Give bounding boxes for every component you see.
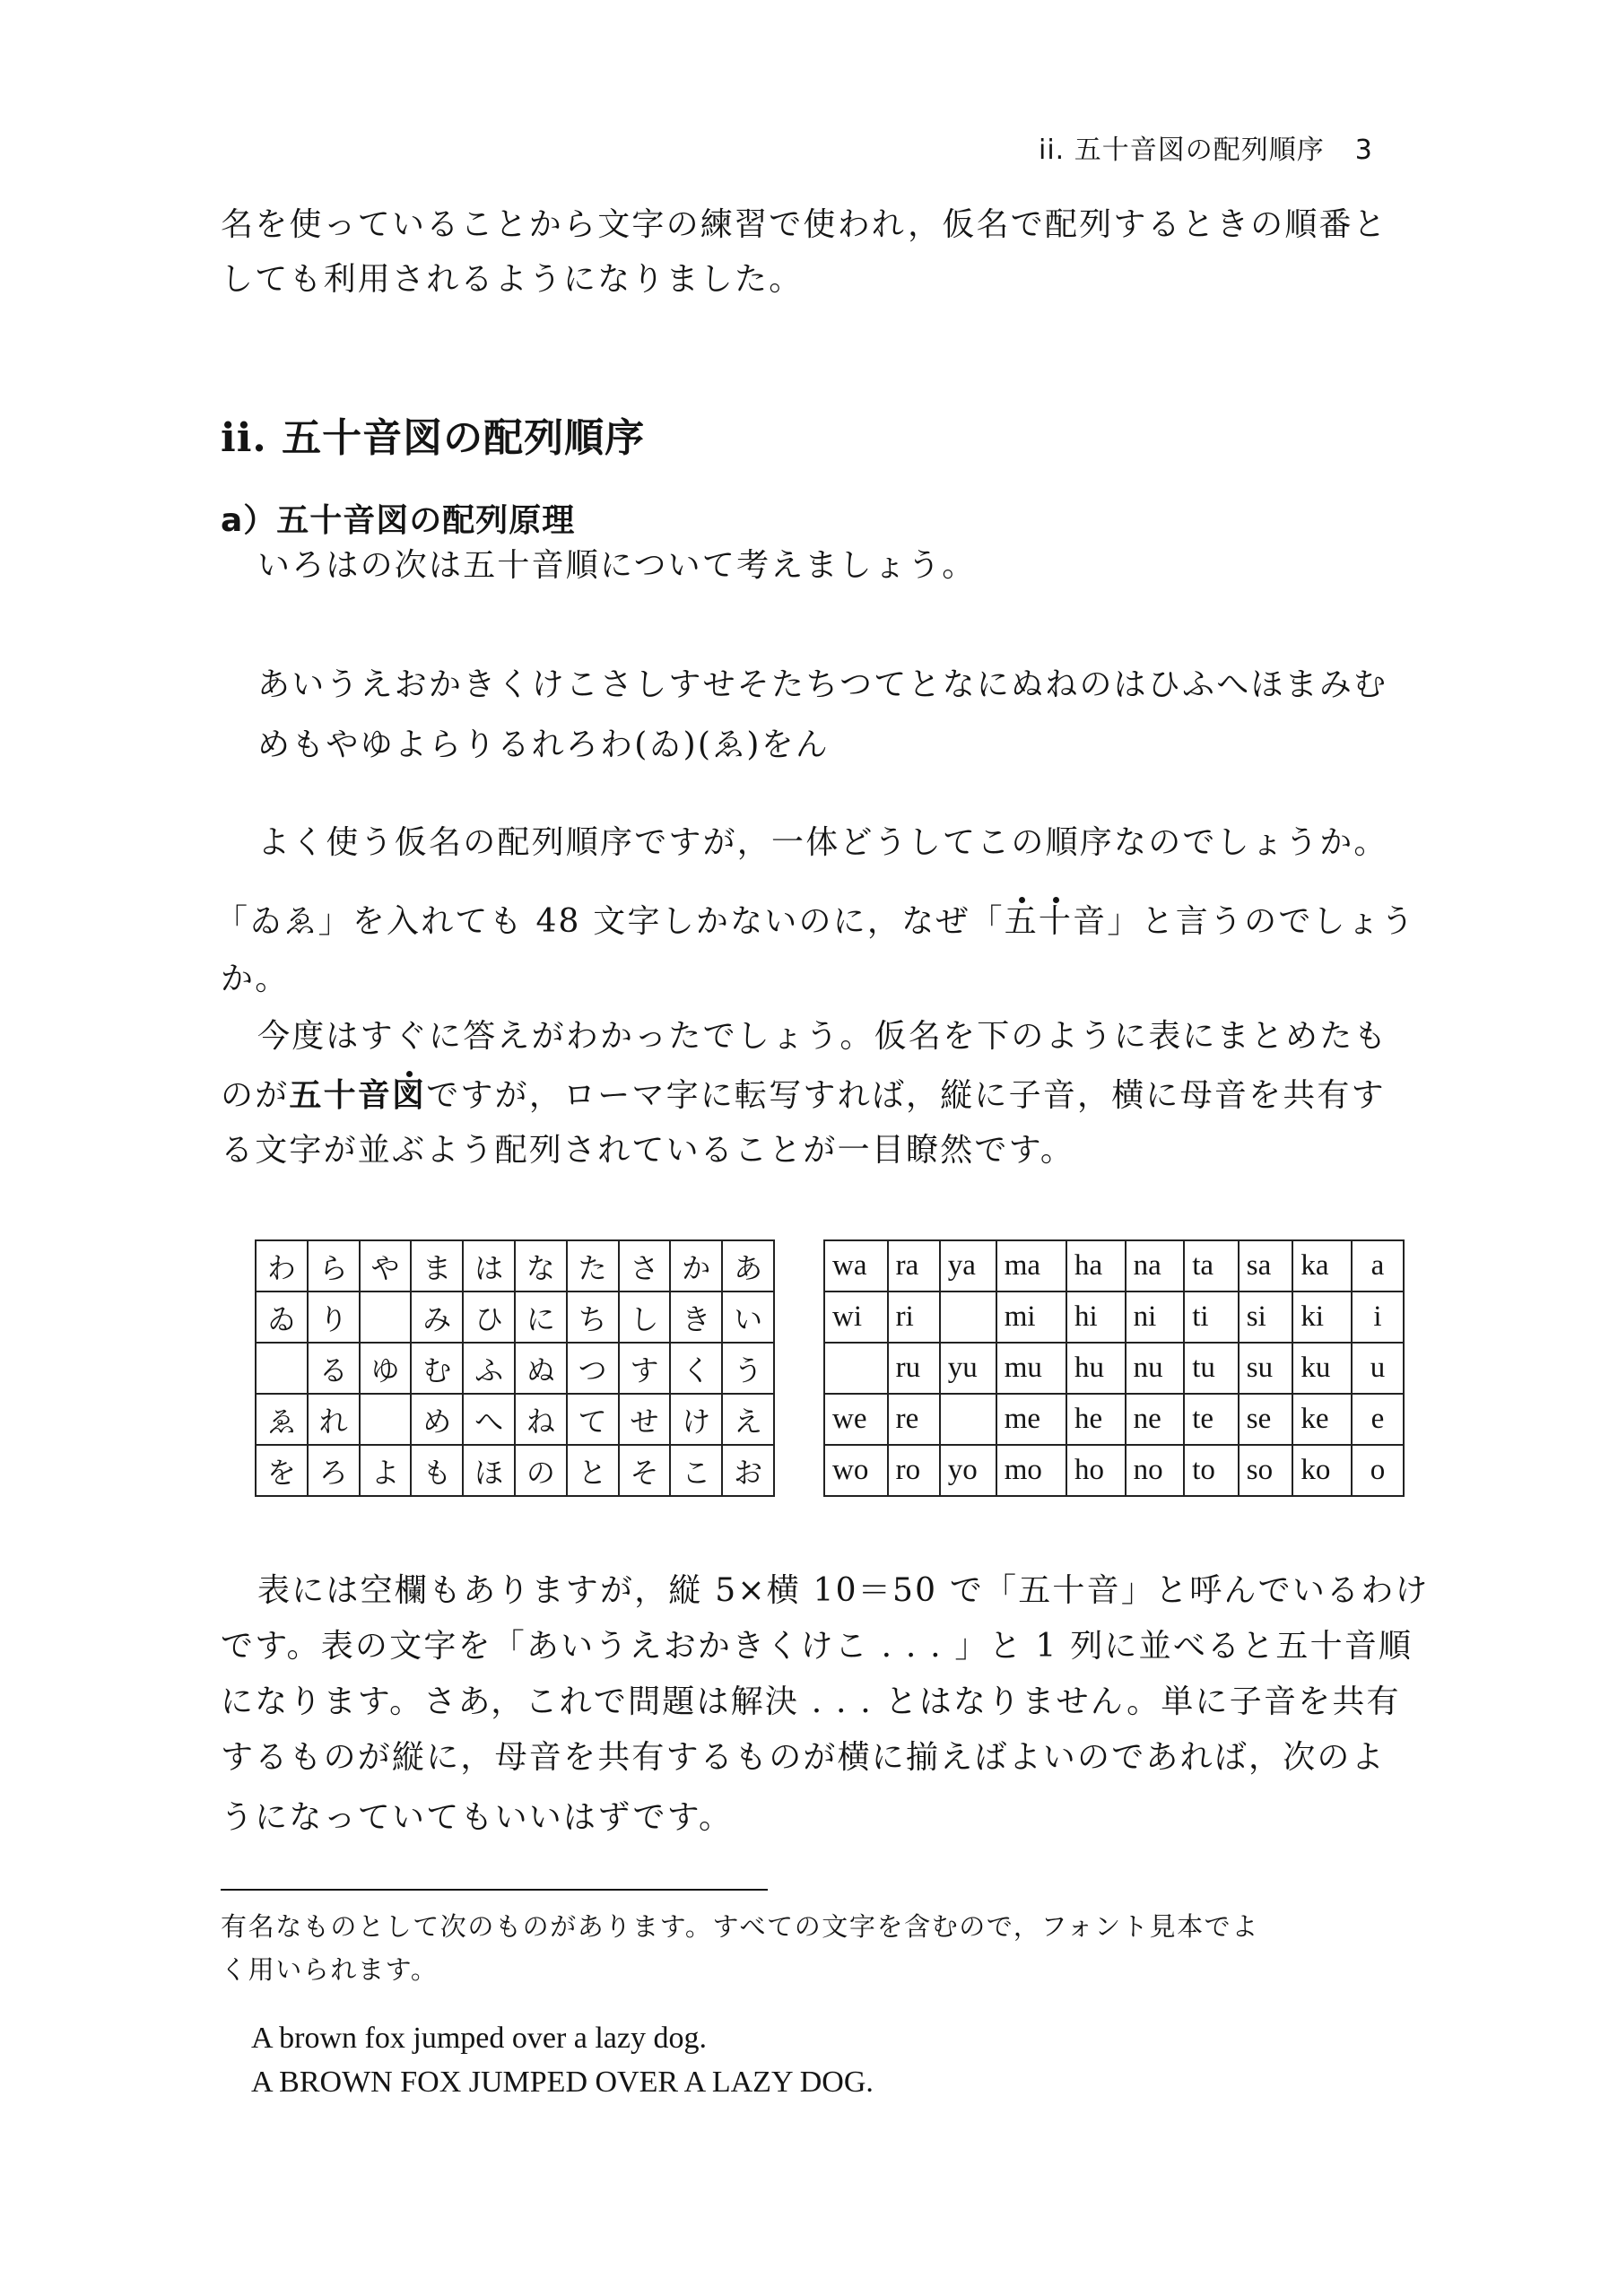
question-line-2-plain: 音 xyxy=(1073,903,1107,940)
table-cell: つ xyxy=(567,1343,619,1394)
table-cell: れ xyxy=(308,1394,360,1445)
table-cell: を xyxy=(256,1445,308,1496)
question-line-3: か。 xyxy=(221,960,289,999)
conclusion-line-4: するものが縦に，母音を共有するものが横に揃えばよいのであれば，次のよ xyxy=(221,1738,1386,1778)
table-cell: ru xyxy=(888,1343,940,1394)
table-cell: か xyxy=(670,1240,722,1291)
table-cell: く xyxy=(670,1343,722,1394)
table-cell: ku xyxy=(1292,1343,1352,1394)
pangram-uppercase: A BROWN FOX JUMPED OVER A LAZY DOG. xyxy=(251,2066,874,2100)
table-cell: na xyxy=(1126,1240,1185,1291)
table-cell: he xyxy=(1066,1394,1126,1445)
table-cell: a xyxy=(1352,1240,1404,1291)
table-cell: ゑ xyxy=(256,1394,308,1445)
table-cell: や xyxy=(360,1240,412,1291)
table-cell: ま xyxy=(411,1240,463,1291)
table-cell: ko xyxy=(1292,1445,1352,1496)
table-cell: よ xyxy=(360,1445,412,1496)
table-cell: ね xyxy=(515,1394,567,1445)
table-cell: hu xyxy=(1066,1343,1126,1394)
table-cell: tu xyxy=(1184,1343,1239,1394)
emphasis-dot-zu: 図 xyxy=(392,1076,426,1116)
subsection-heading: a）五十音図の配列原理 xyxy=(221,495,575,541)
table-cell: ka xyxy=(1292,1240,1352,1291)
section-heading: ii. 五十音図の配列順序 xyxy=(221,405,645,463)
table-cell: ゆ xyxy=(360,1343,412,1394)
table-cell: we xyxy=(824,1394,888,1445)
table-cell: wo xyxy=(824,1445,888,1496)
table-cell: へ xyxy=(463,1394,515,1445)
table-cell: ki xyxy=(1292,1291,1352,1343)
romaji-row-i: wirimihinitisikii xyxy=(824,1291,1404,1343)
table-cell: e xyxy=(1352,1394,1404,1445)
romaji-row-o: woroyomohonotosokoo xyxy=(824,1445,1404,1496)
table-cell: mi xyxy=(996,1291,1066,1343)
table-cell: ya xyxy=(940,1240,996,1291)
table-cell: す xyxy=(619,1343,671,1394)
table-cell: み xyxy=(411,1291,463,1343)
table-cell: no xyxy=(1126,1445,1185,1496)
table-cell: wi xyxy=(824,1291,888,1343)
conclusion-line-1: 表には空欄もありますが，縦 5×横 10＝50 で「五十音」と呼んでいるわけ xyxy=(257,1571,1430,1611)
table-cell xyxy=(360,1291,412,1343)
table-cell: ほ xyxy=(463,1445,515,1496)
table-cell: ra xyxy=(888,1240,940,1291)
romaji-row-e: weremehenetesekee xyxy=(824,1394,1404,1445)
table-cell: ti xyxy=(1184,1291,1239,1343)
kana-row-i: ゐりみひにちしきい xyxy=(256,1291,774,1343)
table-cell: to xyxy=(1184,1445,1239,1496)
pangram-lowercase: A brown fox jumped over a lazy dog. xyxy=(251,2022,707,2056)
table-cell: hi xyxy=(1066,1291,1126,1343)
table-cell: て xyxy=(567,1394,619,1445)
answer-line-2: のが五十音図ですが，ローマ字に転写すれば，縦に子音，横に母音を共有す xyxy=(221,1076,1386,1116)
table-cell: め xyxy=(411,1394,463,1445)
kana-row-e: ゑれめへねてせけえ xyxy=(256,1394,774,1445)
table-cell: り xyxy=(308,1291,360,1343)
table-cell: ri xyxy=(888,1291,940,1343)
table-cell: ぬ xyxy=(515,1343,567,1394)
answer-line-2-after: ですが，ローマ字に転写すれば，縦に子音，横に母音を共有す xyxy=(426,1077,1386,1114)
table-cell: ro xyxy=(888,1445,940,1496)
table-cell: き xyxy=(670,1291,722,1343)
table-cell: む xyxy=(411,1343,463,1394)
table-cell: ち xyxy=(567,1291,619,1343)
romaji-table: warayamahanatasakaa wirimihinitisikii ru… xyxy=(823,1239,1405,1497)
intro-line-1: 名を使っていることから文字の練習で使われ，仮名で配列するときの順番と xyxy=(221,205,1387,245)
table-cell: me xyxy=(996,1394,1066,1445)
footnote-rule xyxy=(221,1889,768,1891)
table-cell: su xyxy=(1239,1343,1293,1394)
table-cell: う xyxy=(722,1343,774,1394)
table-cell: あ xyxy=(722,1240,774,1291)
table-cell: ha xyxy=(1066,1240,1126,1291)
table-cell: せ xyxy=(619,1394,671,1445)
table-cell: ni xyxy=(1126,1291,1185,1343)
table-cell: sa xyxy=(1239,1240,1293,1291)
question-line-1: よく使う仮名の配列順序ですが，一体どうしてこの順序なのでしょうか。 xyxy=(257,823,1388,863)
table-cell: わ xyxy=(256,1240,308,1291)
table-cell: い xyxy=(722,1291,774,1343)
table-cell xyxy=(256,1343,308,1394)
table-cell: に xyxy=(515,1291,567,1343)
romaji-row-u: ruyumuhunutusukuu xyxy=(824,1343,1404,1394)
table-cell: ろ xyxy=(308,1445,360,1496)
table-cell: ら xyxy=(308,1240,360,1291)
table-cell: so xyxy=(1239,1445,1293,1496)
table-cell: si xyxy=(1239,1291,1293,1343)
footnote-line-1: 有名なものとして次のものがあります。すべての文字を含むので，フォント見本でよ xyxy=(221,1907,1259,1944)
running-head: ii. 五十音図の配列順序3 xyxy=(1039,127,1373,167)
question-line-2-before: 「ゐゑ」を入れても 48 文字しかないのに，なぜ「 xyxy=(215,903,1005,940)
table-cell: も xyxy=(411,1445,463,1496)
gojuon-sequence-line-1: あいうえおかきくけこさしすせそたちつてとなにぬねのはひふへほまみむ xyxy=(257,665,1387,705)
lead-sentence: いろはの次は五十音順について考えましょう。 xyxy=(257,546,976,586)
question-line-2: 「ゐゑ」を入れても 48 文字しかないのに，なぜ「五十音」と言うのでしょう xyxy=(215,902,1415,942)
table-cell: た xyxy=(567,1240,619,1291)
table-cell: え xyxy=(722,1394,774,1445)
kana-table: わらやまはなたさかあ ゐりみひにちしきい るゆむふぬつすくう ゑれめへねてせけえ… xyxy=(255,1239,775,1497)
page-number: 3 xyxy=(1355,135,1373,166)
table-cell: ta xyxy=(1184,1240,1239,1291)
table-cell: そ xyxy=(619,1445,671,1496)
table-cell: ひ xyxy=(463,1291,515,1343)
table-cell: o xyxy=(1352,1445,1404,1496)
table-cell: re xyxy=(888,1394,940,1445)
table-cell: yu xyxy=(940,1343,996,1394)
conclusion-line-5: うになっていてもいいはずです。 xyxy=(221,1798,733,1838)
table-cell: し xyxy=(619,1291,671,1343)
table-cell: u xyxy=(1352,1343,1404,1394)
table-cell: こ xyxy=(670,1445,722,1496)
table-cell xyxy=(940,1291,996,1343)
question-line-2-after: 」と言うのでしょう xyxy=(1107,903,1415,940)
answer-line-3: る文字が並ぶよう配列されていることが一目瞭然です。 xyxy=(221,1131,1074,1170)
table-cell: wa xyxy=(824,1240,888,1291)
table-cell: i xyxy=(1352,1291,1404,1343)
conclusion-line-2: です。表の文字を「あいうえおかきくけこ . . . 」と 1 列に並べると五十音… xyxy=(221,1627,1413,1666)
table-cell: ふ xyxy=(463,1343,515,1394)
table-cell xyxy=(940,1394,996,1445)
table-cell: se xyxy=(1239,1394,1293,1445)
table-cell: お xyxy=(722,1445,774,1496)
table-cell: は xyxy=(463,1240,515,1291)
running-head-section: ii. 五十音図の配列順序 xyxy=(1039,135,1325,166)
table-cell: nu xyxy=(1126,1343,1185,1394)
footnote-line-2: く用いられます。 xyxy=(221,1950,438,1987)
table-cell: る xyxy=(308,1343,360,1394)
table-cell: ma xyxy=(996,1240,1066,1291)
table-cell: と xyxy=(567,1445,619,1496)
bold-term-gojuon: 五十音 xyxy=(289,1077,392,1114)
table-cell: さ xyxy=(619,1240,671,1291)
table-cell: ne xyxy=(1126,1394,1185,1445)
table-cell xyxy=(824,1343,888,1394)
kana-row-o: をろよもほのとそこお xyxy=(256,1445,774,1496)
kana-row-u: るゆむふぬつすくう xyxy=(256,1343,774,1394)
emphasis-dot-ju: 十 xyxy=(1039,902,1073,942)
table-cell: ke xyxy=(1292,1394,1352,1445)
table-cell xyxy=(360,1394,412,1445)
emphasis-dot-go: 五 xyxy=(1005,902,1039,942)
table-cell: mu xyxy=(996,1343,1066,1394)
answer-line-1: 今度はすぐに答えがわかったでしょう。仮名を下のように表にまとめたも xyxy=(257,1017,1388,1057)
table-cell: け xyxy=(670,1394,722,1445)
table-cell: yo xyxy=(940,1445,996,1496)
conclusion-line-3: になります。さあ，これで問題は解決 . . . とはなりません。単に子音を共有 xyxy=(221,1683,1401,1722)
table-cell: mo xyxy=(996,1445,1066,1496)
answer-line-2-before: のが xyxy=(221,1077,289,1114)
romaji-row-a: warayamahanatasakaa xyxy=(824,1240,1404,1291)
kana-row-a: わらやまはなたさかあ xyxy=(256,1240,774,1291)
table-cell: の xyxy=(515,1445,567,1496)
table-cell: te xyxy=(1184,1394,1239,1445)
table-cell: ho xyxy=(1066,1445,1126,1496)
gojuon-sequence-line-2: めもやゆよらりるれろわ(ゐ)(ゑ)をん xyxy=(257,726,830,765)
table-cell: な xyxy=(515,1240,567,1291)
intro-line-2: しても利用されるようになりました。 xyxy=(221,260,803,300)
table-cell: ゐ xyxy=(256,1291,308,1343)
